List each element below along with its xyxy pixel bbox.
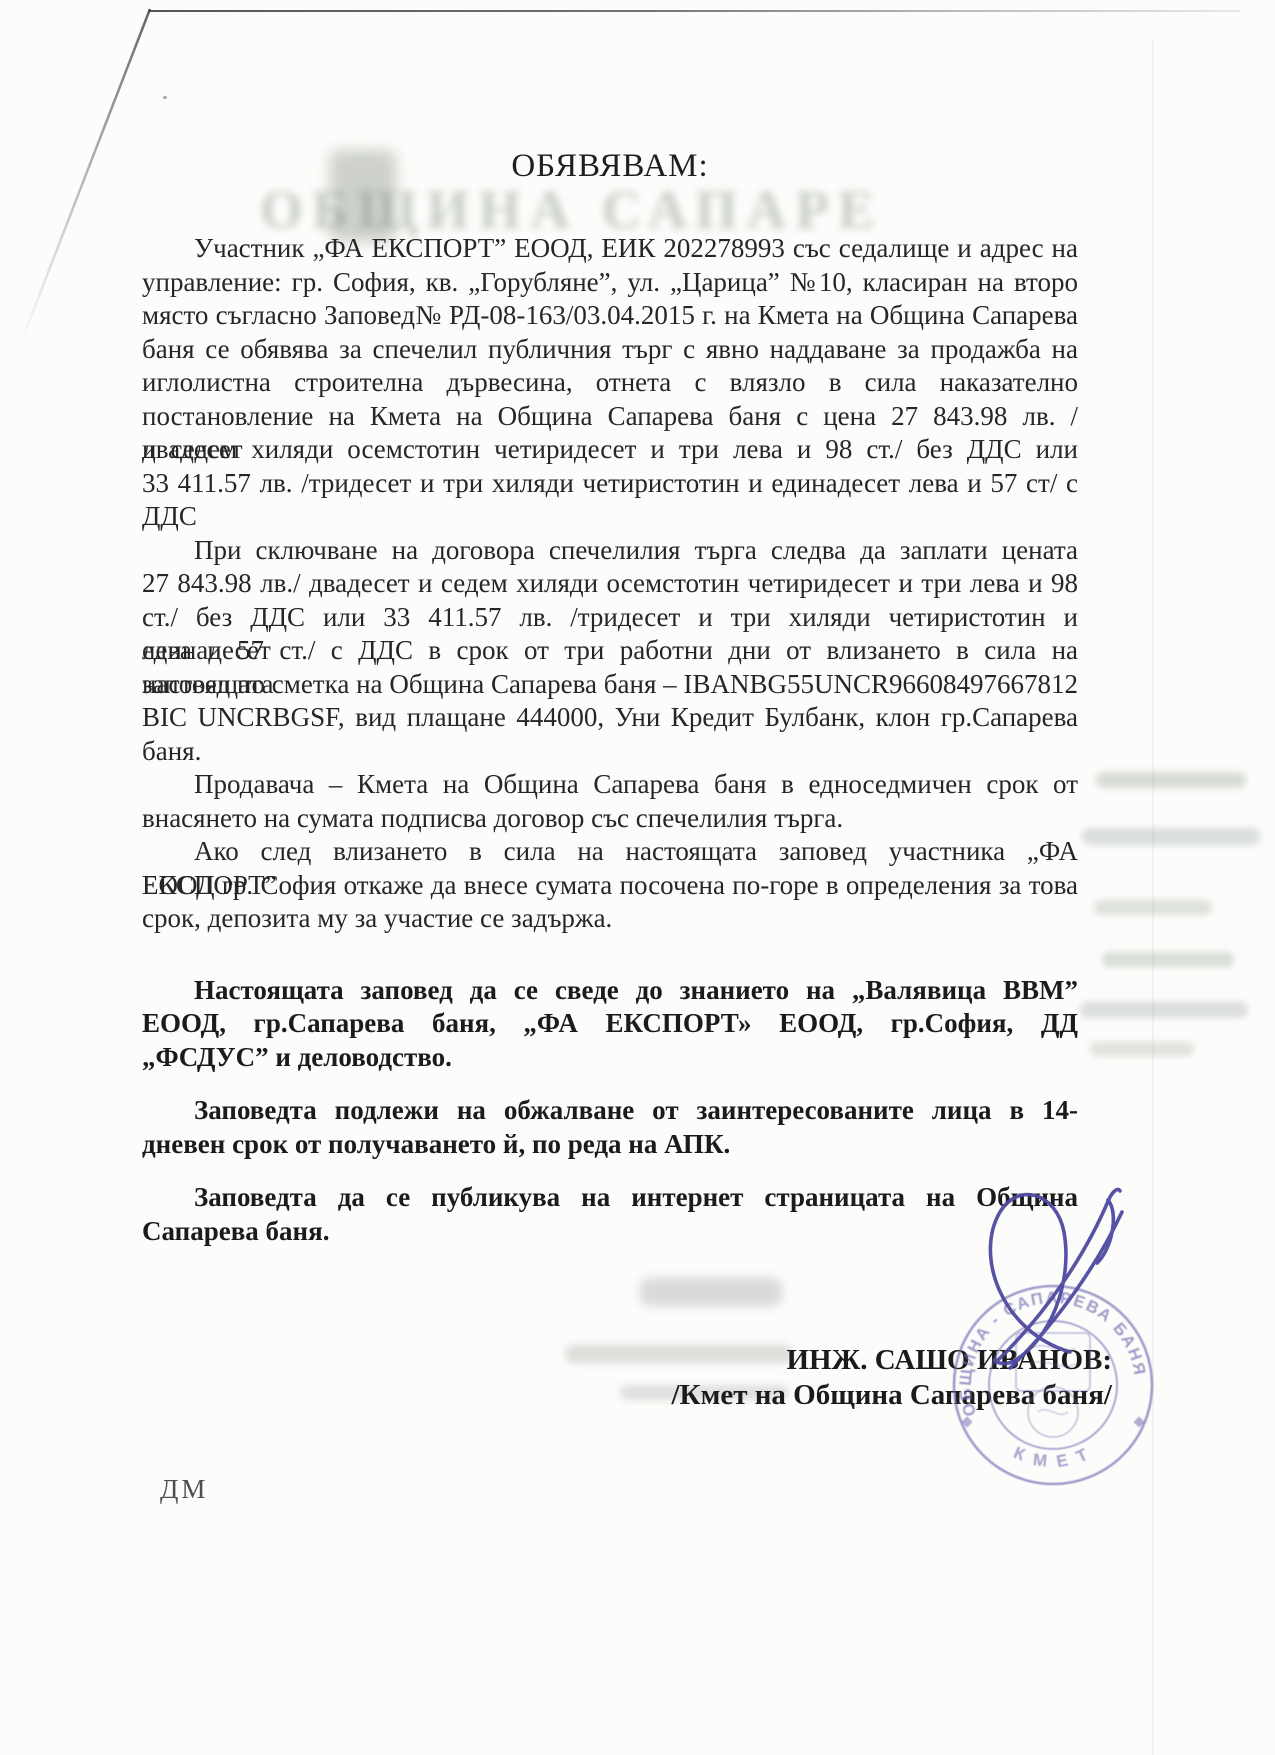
document-line: Ако след влизането в сила на настоящата … [142, 835, 1078, 869]
document-line: При сключване на договора спечелилия тър… [142, 534, 1078, 568]
document-line: баня. [142, 735, 1078, 769]
document-line: ДДС [142, 500, 1078, 534]
document-line: 27 843.98 лв./ двадесет и седем хиляди о… [142, 567, 1078, 601]
document-line: място съгласно Заповед№ РД-08-163/03.04.… [142, 299, 1078, 333]
signature-block: ИНЖ. САШО ИВАНОВ: /Кмет на Община Сапаре… [671, 1343, 1112, 1413]
document-line: лева и 57 ст./ с ДДС в срок от три работ… [142, 634, 1078, 668]
document-line: управление: гр. София, кв. „Горубляне”, … [142, 266, 1078, 300]
stamp-bottom-text: КМЕТ [1011, 1440, 1101, 1471]
document-line: 33 411.57 лв. /тридесет и три хиляди чет… [142, 467, 1078, 501]
bleedthrough-smudge [1102, 952, 1234, 967]
page-title: ОБЯВЯВАМ: [142, 148, 1078, 185]
paragraph: Продавача – Кмета на Община Сапарева бан… [142, 768, 1078, 835]
bleedthrough-smudge [1094, 900, 1212, 915]
document-line: Заповедта подлежи на обжалване от заинте… [142, 1094, 1078, 1128]
scan-edge-right-line [1152, 40, 1154, 1755]
document-body: Участник „ФА ЕКСПОРТ” ЕООД, ЕИК 20227899… [142, 232, 1078, 1248]
bleedthrough-smudge [1080, 1002, 1248, 1018]
document-line: ст./ без ДДС или 33 411.57 лв. /тридесет… [142, 601, 1078, 635]
document-line: BIC UNCRBGSF, вид плащане 444000, Уни Кр… [142, 701, 1078, 735]
paragraph: Ако след влизането в сила на настоящата … [142, 835, 1078, 936]
document-line: ЕООД гр. София откаже да внесе сумата по… [142, 869, 1078, 903]
paragraph: Заповедта да се публикува на интернет ст… [142, 1181, 1078, 1248]
document-line: срок, депозита му за участие се задържа. [142, 902, 1078, 936]
scanned-document-page: ОБЩИНА САПАРЕ ОБЯВЯВАМ: Участник „ФА ЕКС… [0, 0, 1275, 1755]
paragraph: Участник „ФА ЕКСПОРТ” ЕООД, ЕИК 20227899… [142, 232, 1078, 534]
document-line: Сапарева баня. [142, 1215, 1078, 1249]
document-line: Продавача – Кмета на Община Сапарева бан… [142, 768, 1078, 802]
document-line: баня се обявява за спечелил публичния тъ… [142, 333, 1078, 367]
document-line: внасянето на сумата подписва договор със… [142, 802, 1078, 836]
document-line: дневен срок от получаването й, по реда н… [142, 1128, 1078, 1162]
paragraph: При сключване на договора спечелилия тър… [142, 534, 1078, 769]
document-line: иглолистна строителна дървесина, отнета … [142, 366, 1078, 400]
paragraph: Настоящата заповед да се сведе до знание… [142, 974, 1078, 1075]
document-line: ЕООД, гр.Сапарева баня, „ФА ЕКСПОРТ» ЕОО… [142, 1007, 1078, 1041]
clerk-initials: ДМ [160, 1474, 208, 1505]
signatory-name: ИНЖ. САШО ИВАНОВ: [671, 1343, 1112, 1378]
document-line: постановление на Кмета на Община Сапарев… [142, 400, 1078, 434]
signatory-role: /Кмет на Община Сапарева баня/ [671, 1378, 1112, 1413]
bleedthrough-smudge [1090, 1042, 1194, 1056]
document-line: Участник „ФА ЕКСПОРТ” ЕООД, ЕИК 20227899… [142, 232, 1078, 266]
document-line: Настоящата заповед да се сведе до знание… [142, 974, 1078, 1008]
document-line: и седем хиляди осемстотин четиридесет и … [142, 433, 1078, 467]
bleedthrough-smudge [1096, 772, 1246, 788]
scan-speck [163, 96, 167, 99]
svg-text:КМЕТ: КМЕТ [1011, 1440, 1101, 1471]
scan-edge-top-line [148, 10, 1240, 12]
paragraph: Заповедта подлежи на обжалване от заинте… [142, 1094, 1078, 1161]
document-line: заповед по сметка на Община Сапарева бан… [142, 668, 1078, 702]
document-line: „ФСДУС” и деловодство. [142, 1041, 1078, 1075]
bleedthrough-smudge [1082, 828, 1260, 845]
document-line: Заповедта да се публикува на интернет ст… [142, 1181, 1078, 1215]
bleedthrough-smudge [640, 1278, 782, 1306]
